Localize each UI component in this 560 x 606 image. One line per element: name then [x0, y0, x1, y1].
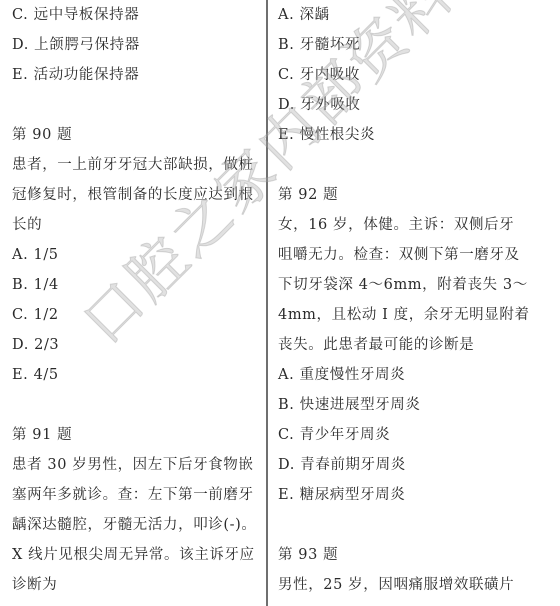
spacer: [278, 150, 558, 180]
question-stem-line: 长的: [12, 210, 262, 240]
question-stem-line: 下切牙袋深 4～6mm，附着丧失 3～: [278, 270, 558, 300]
option-c: C. 1/2: [12, 300, 262, 330]
question-stem-line: 咀嚼无力。检查：双侧下第一磨牙及: [278, 240, 558, 270]
question-stem-line: 4mm，且松动 I 度，余牙无明显附着: [278, 300, 558, 330]
option-a: A. 重度慢性牙周炎: [278, 360, 558, 390]
option-b: B. 快速进展型牙周炎: [278, 390, 558, 420]
question-stem-line: 诊断为: [12, 570, 262, 600]
spacer: [12, 390, 262, 420]
left-column: C. 远中导板保持器 D. 上颌腭弓保持器 E. 活动功能保持器 第 90 题 …: [12, 0, 262, 600]
option-b: B. 1/4: [12, 270, 262, 300]
question-stem-line: 女，16 岁，体健。主诉：双侧后牙: [278, 210, 558, 240]
spacer: [12, 90, 262, 120]
right-column: A. 深龋 B. 牙髓坏死 C. 牙内吸收 D. 牙外吸收 E. 慢性根尖炎 第…: [278, 0, 558, 600]
question-title: 第 91 题: [12, 420, 262, 450]
question-stem-line: 患者，一上前牙牙冠大部缺损，做桩: [12, 150, 262, 180]
question-stem-line: 患者 30 岁男性，因左下后牙食物嵌: [12, 450, 262, 480]
question-stem-line: 龋深达髓腔，牙髓无活力，叩诊(-)。: [12, 510, 262, 540]
question-stem-line: 冠修复时，根管制备的长度应达到根: [12, 180, 262, 210]
question-stem-line: 男性，25 岁，因咽痛服增效联磺片: [278, 570, 558, 600]
option-d: D. 青春前期牙周炎: [278, 450, 558, 480]
option-e: E. 4/5: [12, 360, 262, 390]
question-stem-line: X 线片见根尖周无异常。该主诉牙应: [12, 540, 262, 570]
option-a: A. 深龋: [278, 0, 558, 30]
question-title: 第 92 题: [278, 180, 558, 210]
option-c: C. 牙内吸收: [278, 60, 558, 90]
question-title: 第 93 题: [278, 540, 558, 570]
option-e: E. 活动功能保持器: [12, 60, 262, 90]
option-d: D. 上颌腭弓保持器: [12, 30, 262, 60]
option-a: A. 1/5: [12, 240, 262, 270]
option-d: D. 牙外吸收: [278, 90, 558, 120]
question-stem-line: 丧失。此患者最可能的诊断是: [278, 330, 558, 360]
option-e: E. 慢性根尖炎: [278, 120, 558, 150]
option-c: C. 青少年牙周炎: [278, 420, 558, 450]
column-divider: [266, 0, 268, 606]
option-b: B. 牙髓坏死: [278, 30, 558, 60]
question-title: 第 90 题: [12, 120, 262, 150]
option-e: E. 糖尿病型牙周炎: [278, 480, 558, 510]
question-stem-line: 塞两年多就诊。查：左下第一前磨牙: [12, 480, 262, 510]
option-c: C. 远中导板保持器: [12, 0, 262, 30]
spacer: [278, 510, 558, 540]
option-d: D. 2/3: [12, 330, 262, 360]
